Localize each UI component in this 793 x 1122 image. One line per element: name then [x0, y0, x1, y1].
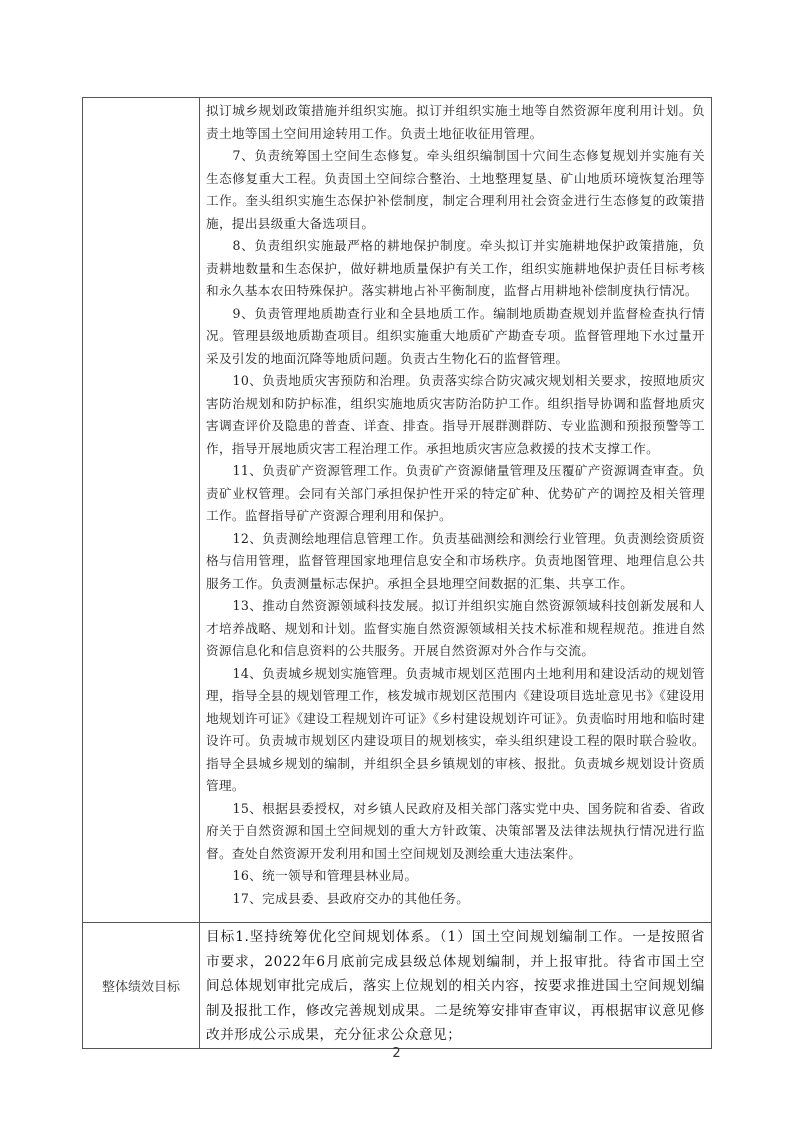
paragraph-item-8: 8、负责组织实施最严格的耕地保护制度。牵头拟订并实施耕地保护政策措施，负责耕地数…	[206, 235, 705, 303]
paragraph-item-7: 7、负责统筹国土空间生态修复。牵头组织编制国十穴间生态修复规划并实施有关生态修复…	[206, 145, 705, 235]
performance-goals-label: 整体绩效目标	[83, 923, 200, 1049]
budget-table: 拟订城乡规划政策措施并组织实施。拟订并组织实施土地等自然资源年度利用计划。负责土…	[82, 97, 712, 1049]
performance-goals-cell: 目标1.坚持统筹优化空间规划体系。（1）国土空间规划编制工作。一是按照省市要求，…	[200, 923, 712, 1049]
responsibilities-cell: 拟订城乡规划政策措施并组织实施。拟订并组织实施土地等自然资源年度利用计划。负责土…	[200, 98, 712, 923]
row-label	[83, 98, 200, 923]
table-row-responsibilities: 拟订城乡规划政策措施并组织实施。拟订并组织实施土地等自然资源年度利用计划。负责土…	[83, 98, 712, 923]
paragraph-item-9: 9、负责管理地质勘查行业和全县地质工作。编制地质勘查规划并监督检查执行情况。管理…	[206, 303, 705, 371]
paragraph-item-14: 14、负责城乡规划实施管理。负责城市规划区范围内土地利用和建设活动的规划管理，指…	[206, 663, 705, 798]
paragraph-item-15: 15、根据县委授权，对乡镇人民政府及相关部门落实党中央、国务院和省委、省政府关于…	[206, 798, 705, 866]
goal-1-paragraph: 目标1.坚持统筹优化空间规划体系。（1）国土空间规划编制工作。一是按照省市要求，…	[206, 925, 705, 1048]
page-number: 2	[0, 1046, 793, 1061]
paragraph-item-13: 13、推动自然资源领域科技发展。拟订并组织实施自然资源领域科技创新发展和人才培养…	[206, 595, 705, 663]
paragraph-item-17: 17、完成县委、县政府交办的其他任务。	[206, 888, 705, 911]
table-row-performance-goals: 整体绩效目标 目标1.坚持统筹优化空间规划体系。（1）国土空间规划编制工作。一是…	[83, 923, 712, 1049]
paragraph-item-11: 11、负责矿产资源管理工作。负责矿产资源储量管理及压覆矿产资源调查审查。负责矿业…	[206, 460, 705, 528]
paragraph-item-10: 10、负责地质灾害预防和治理。负责落实综合防灾减灾规划相关要求，按照地质灾害防治…	[206, 370, 705, 460]
paragraph-item-12: 12、负责测绘地理信息管理工作。负责基础测绘和测绘行业管理。负责测绘资质资格与信…	[206, 528, 705, 596]
paragraph-item-16: 16、统一领导和管理县林业局。	[206, 865, 705, 888]
paragraph-continuation: 拟订城乡规划政策措施并组织实施。拟订并组织实施土地等自然资源年度利用计划。负责土…	[206, 100, 705, 145]
document-page: 拟订城乡规划政策措施并组织实施。拟订并组织实施土地等自然资源年度利用计划。负责土…	[0, 0, 793, 1122]
